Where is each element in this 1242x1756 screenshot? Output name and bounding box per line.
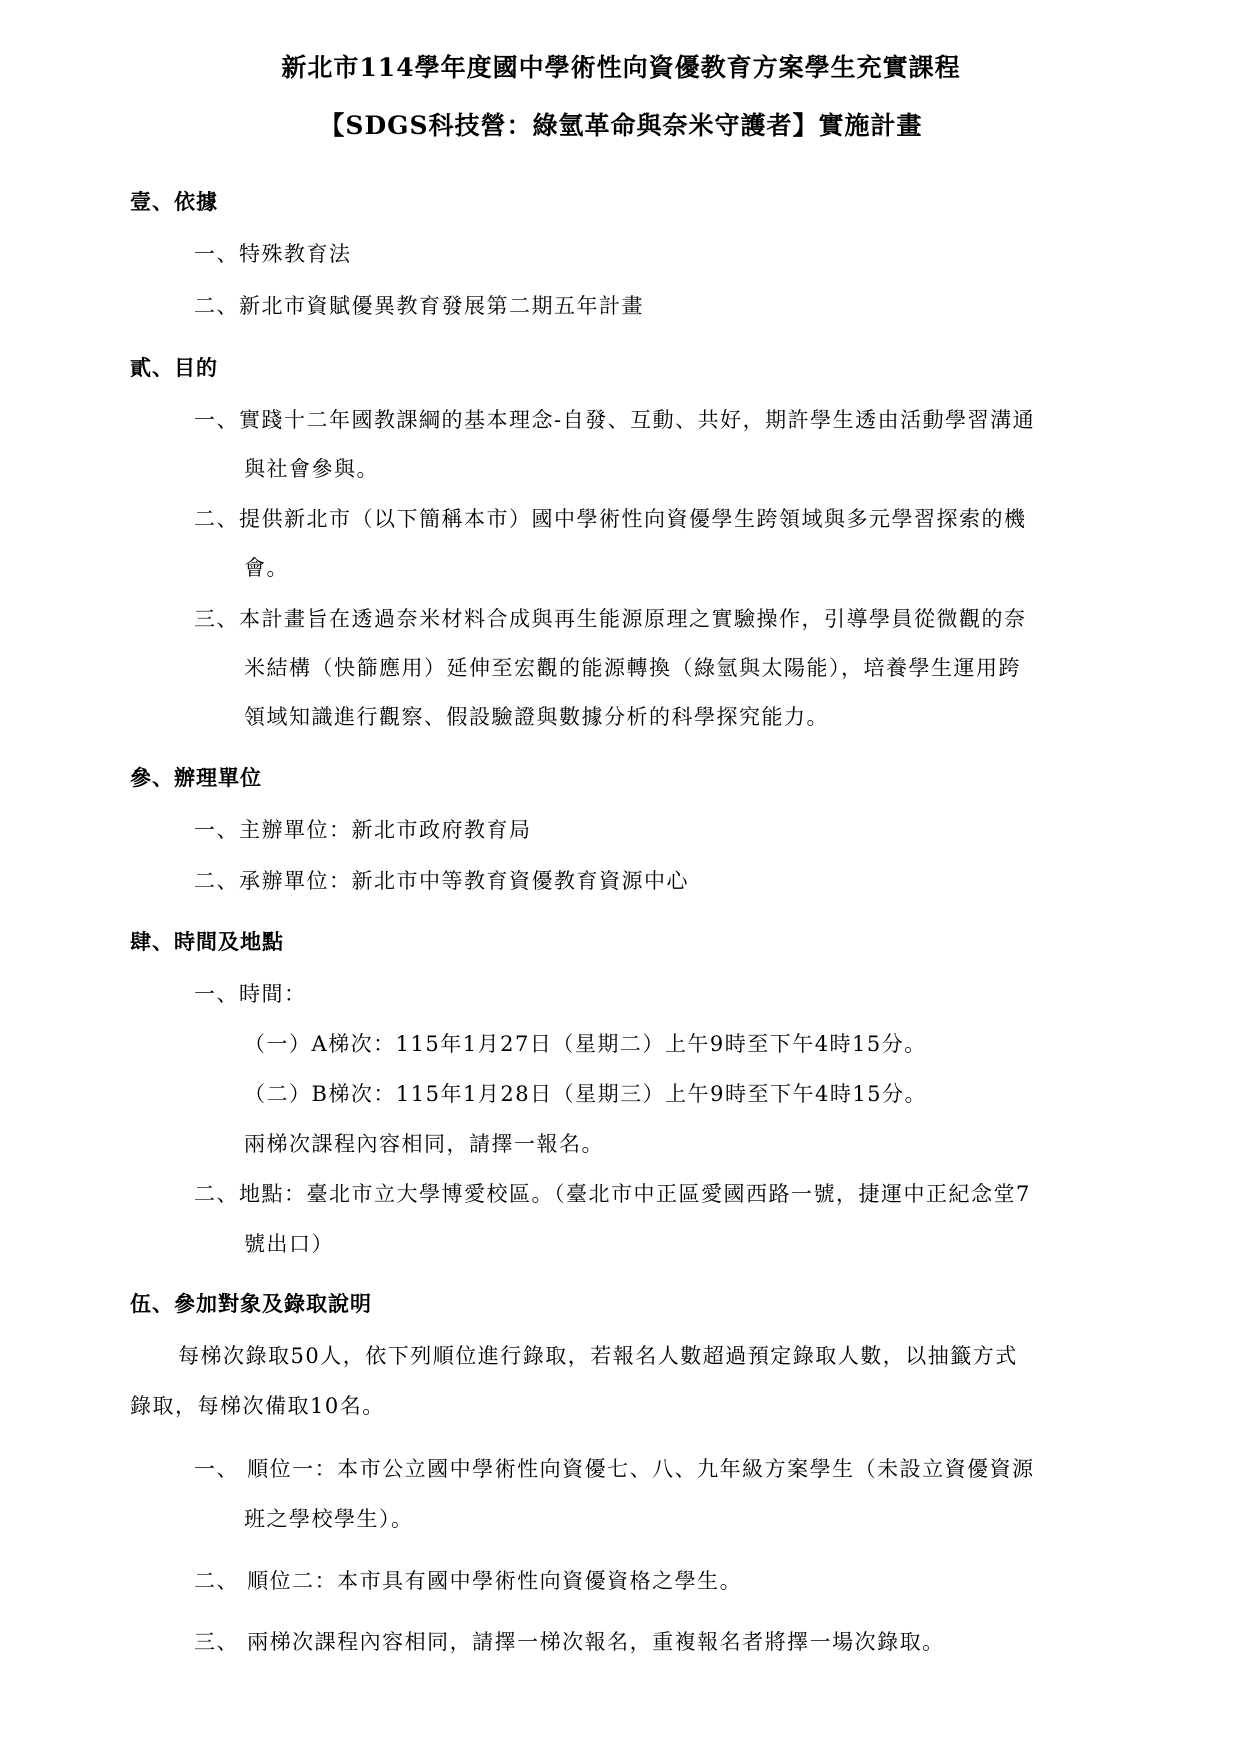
eligibility-intro-line1: 每梯次錄取50人，依下列順位進行錄取，若報名人數超過預定錄取人數，以抽籤方式 xyxy=(178,1342,1018,1370)
eligibility-intro-line2: 錄取，每梯次備取10名。 xyxy=(130,1392,385,1420)
organizer-host: 一、主辦單位：新北市政府教育局 xyxy=(194,816,532,844)
section-heading-organizers: 參、辦理單位 xyxy=(130,764,262,792)
document-title-line2: 【SDGS科技營：綠氫革命與奈米守護者】實施計畫 xyxy=(0,110,1242,142)
priority-2-line1: 二、 順位二：本市具有國中學術性向資優資格之學生。 xyxy=(194,1567,742,1595)
purpose-item-2-line1: 二、提供新北市（以下簡稱本市）國中學術性向資優學生跨領域與多元學習探索的機 xyxy=(194,505,1027,533)
section-heading-eligibility: 伍、參加對象及錄取說明 xyxy=(130,1290,372,1318)
location-line2: 號出口） xyxy=(244,1230,334,1258)
priority-1-line1: 一、 順位一：本市公立國中學術性向資優七、八、九年級方案學生（未設立資優資源 xyxy=(194,1455,1035,1483)
purpose-item-2-line2: 會。 xyxy=(244,554,289,582)
basis-item-1: 一、特殊教育法 xyxy=(194,240,352,268)
priority-3-line1: 三、 兩梯次課程內容相同，請擇一梯次報名，重複報名者將擇一場次錄取。 xyxy=(194,1628,945,1656)
basis-item-2: 二、新北市資賦優異教育發展第二期五年計畫 xyxy=(194,292,644,320)
section-heading-time-location: 肆、時間及地點 xyxy=(130,928,284,956)
session-b: （二）B梯次：115年1月28日（星期三）上午9時至下午4時15分。 xyxy=(244,1080,927,1108)
purpose-item-3-line3: 領域知識進行觀察、假設驗證與數據分析的科學探究能力。 xyxy=(244,703,829,731)
location-line1: 二、地點：臺北市立大學博愛校區。（臺北市中正區愛國西路一號，捷運中正紀念堂7 xyxy=(194,1180,1031,1208)
time-label: 一、時間： xyxy=(194,980,307,1008)
priority-1-line2: 班之學校學生）。 xyxy=(244,1505,414,1533)
section-heading-basis: 壹、依據 xyxy=(130,188,218,216)
session-a: （一）A梯次：115年1月27日（星期二）上午9時至下午4時15分。 xyxy=(244,1030,927,1058)
document-title-line1: 新北市114學年度國中學術性向資優教育方案學生充實課程 xyxy=(0,52,1242,84)
section-heading-purpose: 貳、目的 xyxy=(130,354,218,382)
session-note: 兩梯次課程內容相同，請擇一報名。 xyxy=(244,1130,604,1158)
purpose-item-3-line1: 三、本計畫旨在透過奈米材料合成與再生能源原理之實驗操作，引導學員從微觀的奈 xyxy=(194,605,1027,633)
purpose-item-3-line2: 米結構（快篩應用）延伸至宏觀的能源轉換（綠氫與太陽能），培養學生運用跨 xyxy=(244,654,1021,682)
purpose-item-1-line2: 與社會參與。 xyxy=(244,455,379,483)
organizer-executor: 二、承辦單位：新北市中等教育資優教育資源中心 xyxy=(194,867,689,895)
purpose-item-1-line1: 一、實踐十二年國教課綱的基本理念-自發、互動、共好，期許學生透由活動學習溝通 xyxy=(194,406,1035,434)
